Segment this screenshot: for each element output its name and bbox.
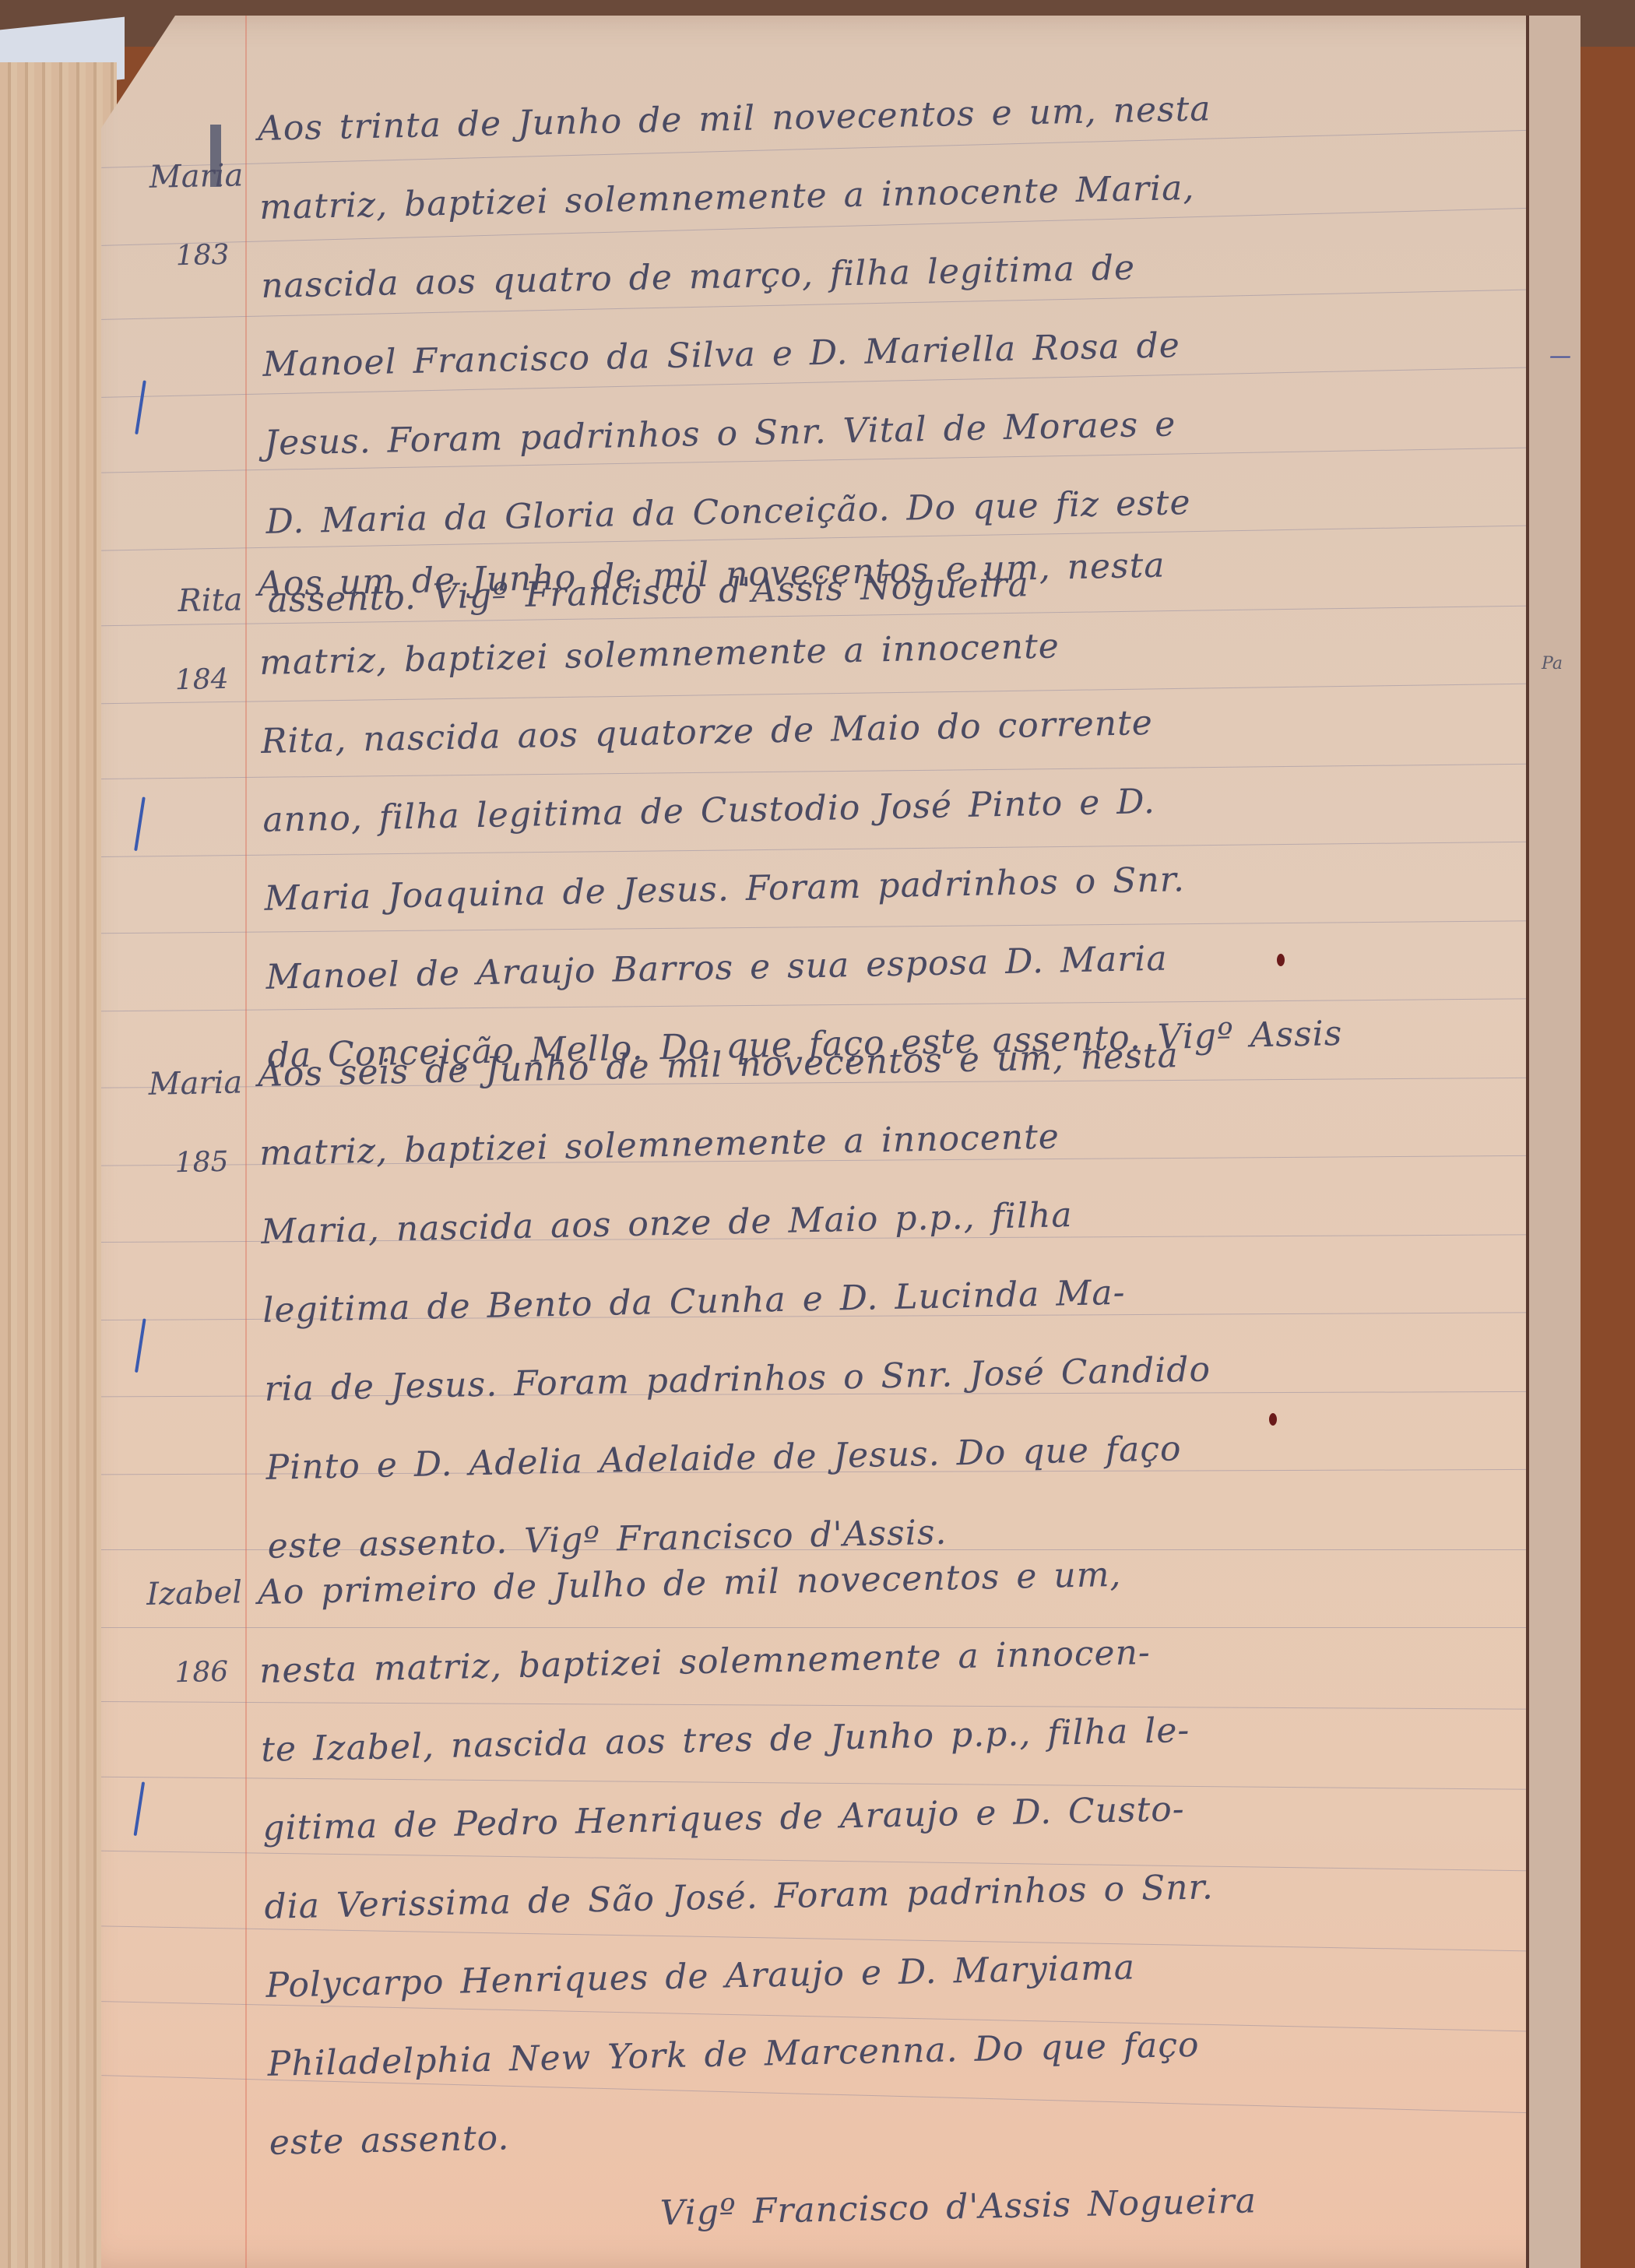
margin-name: Izabel xyxy=(146,1574,243,1612)
red-margin-rule xyxy=(245,16,247,2268)
entry-number: 183 xyxy=(111,215,245,297)
entry-line: dia Verissima de São José. Foram padrinh… xyxy=(264,1867,1214,1927)
entry-line: te Izabel, nascida aos tres de Junho p.p… xyxy=(261,1711,1190,1770)
entry-line: Polycarpo Henriques de Araujo e D. Maryi… xyxy=(265,1947,1135,2005)
baptism-entry-4: Izabel 186 Ao primeiro de Julho de mil n… xyxy=(257,1526,1556,2260)
gutter-pencil-mark: — xyxy=(1549,343,1571,368)
entry-text: Ao primeiro de Julho de mil novecentos e… xyxy=(257,1526,1556,2260)
entry-line: Ao primeiro de Julho de mil novecentos e… xyxy=(258,1555,1122,1612)
entry-text: Aos um de Junho de mil novecentos e um, … xyxy=(257,518,1552,1095)
blue-pencil-mark xyxy=(134,1781,146,1836)
entry-line: Maria, nascida aos onze de Maio p.p., fi… xyxy=(261,1195,1073,1252)
entry-line: Pinto e D. Adelia Adelaide de Jesus. Do … xyxy=(265,1429,1182,1488)
entry-line: gitima de Pedro Henriques de Araujo e D.… xyxy=(262,1789,1185,1848)
entry-line: nesta matriz, baptizei solemnemente a in… xyxy=(259,1633,1152,1691)
entry-line: matriz, baptizei solemnemente a innocent… xyxy=(259,1116,1060,1173)
entry-line: matriz, baptizei solemnemente a innocent… xyxy=(259,168,1195,227)
register-page: — Pa Maria 183 Aos trinta de Junho de mi… xyxy=(101,16,1580,2268)
entry-line: Maria Joaquina de Jesus. Foram padrinhos… xyxy=(264,860,1185,919)
entry-line: Manoel de Araujo Barros e sua esposa D. … xyxy=(265,939,1168,997)
entry-number: 186 xyxy=(111,1632,244,1714)
entry-number: 185 xyxy=(111,1122,244,1204)
margin-note: Maria 183 xyxy=(110,136,245,297)
entry-line: este assento. xyxy=(269,2118,509,2162)
entry-line: Aos seis de Junho de mil novecentos e um… xyxy=(258,1036,1180,1095)
entry-line: Jesus. Foram padrinhos o Snr. Vital de M… xyxy=(264,404,1176,463)
blue-pencil-mark xyxy=(134,796,146,851)
entry-line: legitima de Bento da Cunha e D. Lucinda … xyxy=(262,1273,1126,1331)
entry-line: Aos trinta de Junho de mil novecentos e … xyxy=(258,89,1211,149)
entry-line: Philadelphia New York de Marcenna. Do qu… xyxy=(267,2025,1200,2084)
entry-number: 184 xyxy=(111,639,245,721)
margin-note: Izabel 186 xyxy=(109,1553,244,1714)
entry-line: matriz, baptizei solemnemente a innocent… xyxy=(259,626,1060,683)
margin-note: Rita 184 xyxy=(109,561,244,721)
entry-line: Aos um de Junho de mil novecentos e um, … xyxy=(258,546,1166,604)
margin-note: Maria 185 xyxy=(109,1043,244,1204)
entry-line: ria de Jesus. Foram padrinhos o Snr. Jos… xyxy=(264,1349,1211,1408)
blue-pencil-mark xyxy=(135,380,146,434)
book-page-edges xyxy=(0,62,117,2268)
baptism-entry-2: Rita 184 Aos um de Junho de mil novecent… xyxy=(257,518,1552,1095)
priest-signature: Vigº Francisco d'Assis Nogueira xyxy=(270,2155,1556,2261)
entry-text: Aos seis de Junho de mil novecentos e um… xyxy=(257,1008,1552,1585)
entry-line: nascida aos quatro de março, filha legit… xyxy=(261,248,1136,306)
margin-name: Maria xyxy=(149,157,244,195)
blue-pencil-mark xyxy=(135,1318,146,1373)
baptism-entry-3: Maria 185 Aos seis de Junho de mil novec… xyxy=(257,1008,1552,1585)
margin-name: Rita xyxy=(178,582,243,619)
entry-line: Manoel Francisco da Silva e D. Mariella … xyxy=(262,325,1180,385)
entry-line: anno, filha legitima de Custodio José Pi… xyxy=(262,782,1156,840)
entry-line: Rita, nascida aos quatorze de Maio do co… xyxy=(261,703,1154,761)
gutter-note: Pa xyxy=(1542,654,1563,673)
margin-name: Maria xyxy=(148,1064,243,1102)
